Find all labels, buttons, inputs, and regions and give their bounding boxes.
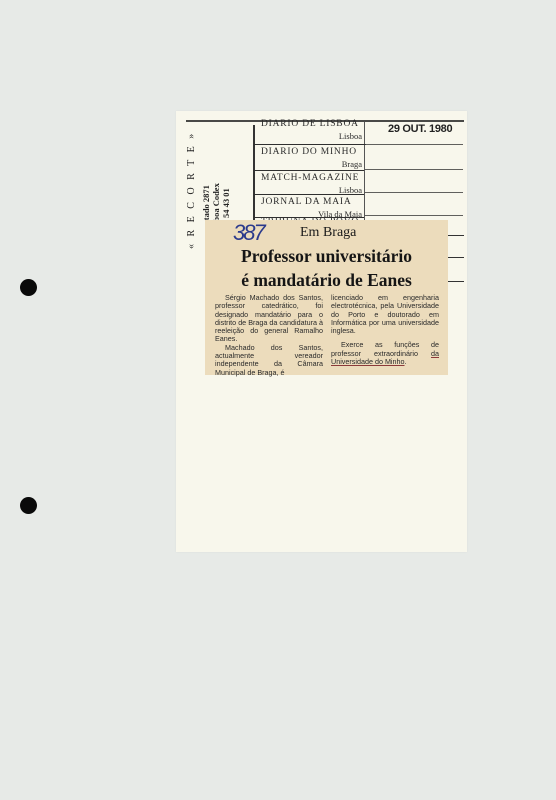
table-divider-right [364,122,365,222]
row-divider [365,192,463,193]
article-column-1: Sérgio Machado dos Santos, professor cat… [215,294,323,377]
row-divider [365,144,463,145]
row-divider [254,170,364,171]
table-divider-left [253,125,255,235]
row-divider [448,235,464,236]
row-divider [365,215,463,216]
row-divider [448,281,464,282]
binder-hole-top [20,279,37,296]
newspaper-clipping: 387 Em Braga Professor universitário é m… [205,220,448,375]
article-column-2: licenciado em engenharia electrotécnica,… [331,294,439,366]
row-divider [448,257,464,258]
paragraph: licenciado em engenharia electrotécnica,… [331,294,439,335]
row-divider [365,169,463,170]
paragraph: Sérgio Machado dos Santos, professor cat… [215,294,323,344]
paragraph: Exerce as funções de professor extraordi… [331,341,439,366]
binder-hole-bottom [20,497,37,514]
article-kicker: Em Braga [300,225,356,241]
headline-line-2: é mandatário de Eanes [205,270,448,290]
row-divider [254,194,364,195]
newspaper-row: DIARIO DE LISBOA Lisboa [258,119,362,143]
handwritten-number: 387 [233,220,264,246]
headline-line-1: Professor universitário [205,246,448,266]
paragraph: Machado dos Santos, actualmente vereador… [215,344,323,377]
date-stamp: 29 OUT. 1980 [388,123,452,135]
row-divider [254,144,366,145]
agency-name: « R E C O R T E » [186,131,197,249]
newspaper-row: DIARIO DO MINHO Braga [258,147,362,171]
